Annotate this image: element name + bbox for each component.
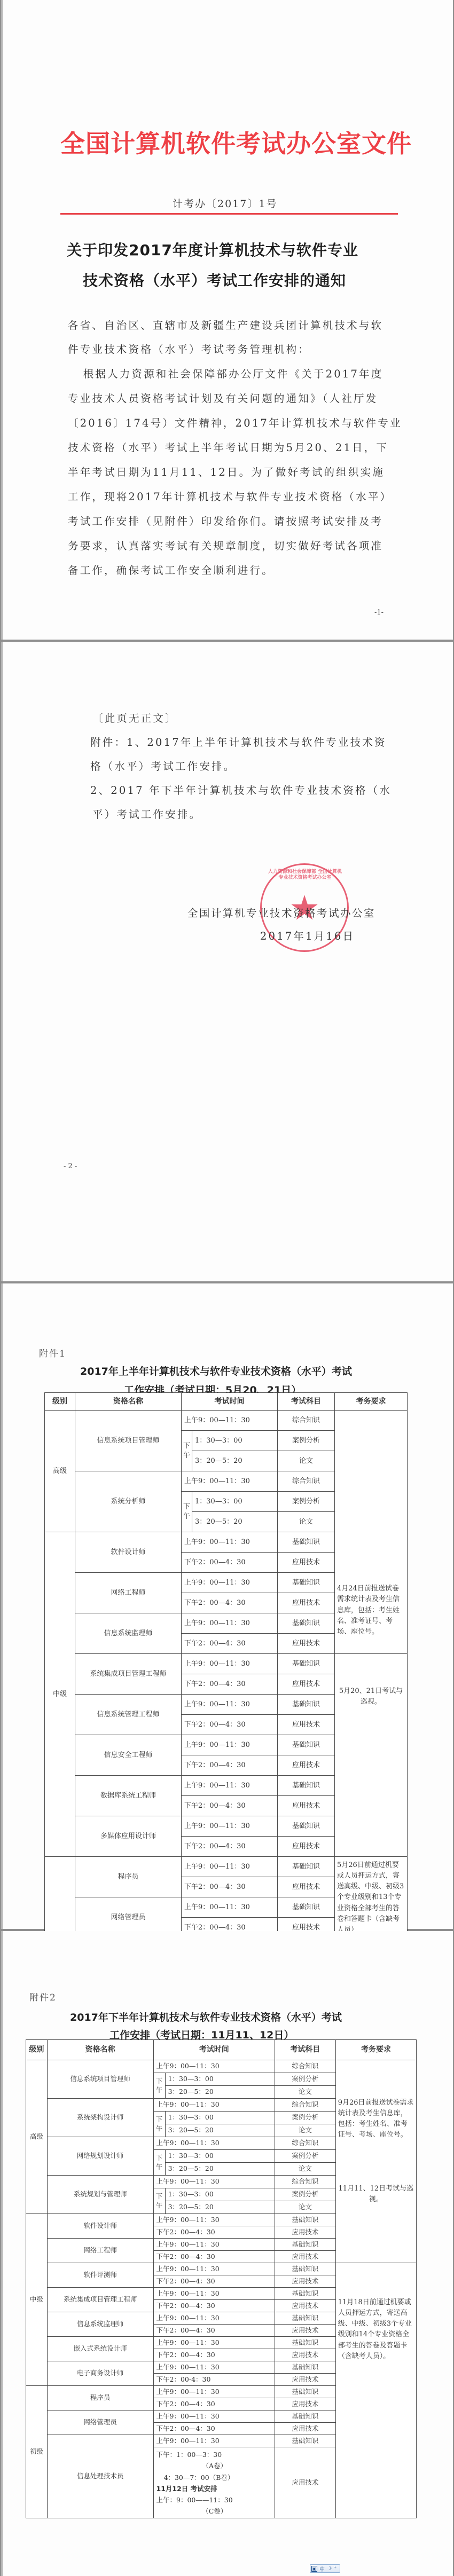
time-cell: 上午9：00—11：30 bbox=[182, 1573, 278, 1593]
subject-cell: 应用技术 bbox=[275, 2226, 335, 2239]
requirement-text: 9月26日前报送试卷需求统计表及考生信息库，包括：考生姓名、准考证号、考场、座位… bbox=[338, 2098, 414, 2141]
time-cell: 上午9：00—11：30 bbox=[182, 1532, 278, 1553]
time-cell: 上午9：00—11：30 bbox=[153, 2410, 275, 2423]
subject-cell: 基础知识 bbox=[278, 1735, 335, 1755]
time-cell: 下午2：00—4：30 bbox=[182, 1796, 278, 1816]
time-cell: 上午9：00—11：30 bbox=[153, 2337, 275, 2349]
time-cell: 下午2：00—4：30 bbox=[182, 1755, 278, 1776]
requirement-text: 5月26日前通过机要或人员押运方式，寄送高级、中级、初级3个专业级别和13个专业… bbox=[337, 1860, 405, 1935]
header-requirements: 考务要求 bbox=[335, 1393, 408, 1411]
time-cell: 上午9：00—11：30 bbox=[182, 1471, 278, 1492]
body-line: 各省、自治区、直辖市及新疆生产建设兵团计算机技术与软 bbox=[68, 317, 383, 332]
pm-label: 午 bbox=[156, 2163, 163, 2171]
subject-cell: 案例分析 bbox=[275, 2112, 335, 2124]
body-line: 工作，现将2017年计算机技术与软件专业技术资格（水平） bbox=[68, 489, 392, 503]
page-4-attachment-2: 附件2 2017年下半年计算机技术与软件专业技术资格（水平）考试 工作安排（考试… bbox=[1, 1931, 453, 2576]
header-subject: 考试科目 bbox=[275, 2040, 335, 2060]
time-cell: 1：30—3：00 bbox=[192, 1431, 278, 1451]
header-level: 级别 bbox=[45, 1393, 75, 1411]
document-subject-line-2: 技术资格（水平）考试工作安排的通知 bbox=[83, 269, 346, 290]
page-number: -1- bbox=[374, 609, 383, 617]
time-cell: 下午2：00—4：30 bbox=[153, 2325, 275, 2337]
time-cell: 3：20—5：20 bbox=[165, 2201, 275, 2214]
subject-cell: 案例分析 bbox=[275, 2150, 335, 2163]
time-cell: 3：20—5：20 bbox=[192, 1451, 278, 1471]
day2-heading: 11月12日 考试安排 bbox=[156, 2483, 273, 2494]
subject-cell: 基础知识 bbox=[278, 1695, 335, 1715]
red-divider-rule bbox=[60, 213, 398, 215]
subject-cell: 论文 bbox=[278, 1512, 335, 1532]
time-cell: 上午9：00—11：30 bbox=[153, 2263, 275, 2275]
pm-label: 午 bbox=[156, 2124, 163, 2132]
time-cell: 上午9：00—11：30 bbox=[153, 2312, 275, 2325]
time-line: 上午：9：00——11：30 bbox=[156, 2494, 273, 2506]
header-qualification: 资格名称 bbox=[75, 1393, 182, 1411]
pm-label-cell: 下午 bbox=[153, 2188, 165, 2214]
time-cell: 上午9：00—11：30 bbox=[182, 1816, 278, 1837]
subject-cell: 案例分析 bbox=[278, 1492, 335, 1512]
qualification-cell: 系统架构设计师 bbox=[47, 2099, 153, 2137]
subject-cell: 应用技术 bbox=[275, 2398, 335, 2410]
time-cell: 上午9：00—11：30 bbox=[153, 2060, 275, 2073]
time-cell: 下午2：00—4：30 bbox=[182, 1837, 278, 1857]
time-cell: 1：30—3：00 bbox=[165, 2150, 275, 2163]
subject-cell: 论文 bbox=[275, 2086, 335, 2099]
subject-cell: 基础知识 bbox=[275, 2337, 335, 2349]
table-row: 高级 信息系统项目管理师 上午9：00—11：30 综合知识 4月24日前报送试… bbox=[45, 1411, 408, 1431]
subject-cell: 应用技术 bbox=[278, 1593, 335, 1613]
pm-label-cell: 下午 bbox=[182, 1492, 192, 1532]
subject-cell: 基础知识 bbox=[275, 2239, 335, 2251]
time-cell: 下午2：00-4：30 bbox=[153, 2374, 275, 2386]
header-exam-time: 考试时间 bbox=[182, 1393, 278, 1411]
qualification-cell: 网络规划设计师 bbox=[47, 2137, 153, 2176]
subject-cell: 基础知识 bbox=[278, 1532, 335, 1553]
time-cell: 下午2：00—4：30 bbox=[182, 1715, 278, 1735]
subject-cell: 基础知识 bbox=[278, 1857, 335, 1877]
subject-cell: 基础知识 bbox=[278, 1776, 335, 1796]
table-row: 高级 信息系统项目管理师 上午9：00—11：30 综合知识 9月26日前报送试… bbox=[26, 2060, 417, 2073]
seal-ring-text: 人力资源和社会保障部 全国计算机专业技术资格考试办公室 bbox=[266, 869, 344, 881]
qualification-cell: 系统集成项目管理工程师 bbox=[75, 1654, 182, 1695]
time-cell: 1：30—3：00 bbox=[165, 2188, 275, 2201]
subject-cell: 应用技术 bbox=[278, 1755, 335, 1776]
pm-label-cell: 下午 bbox=[153, 2150, 165, 2176]
subject-cell: 论文 bbox=[278, 1451, 335, 1471]
time-cell: 上午9：00—11：30 bbox=[182, 1411, 278, 1431]
time-cell: 上午9：00—11：30 bbox=[182, 1654, 278, 1674]
qualification-cell: 信息处理技术员 bbox=[47, 2435, 153, 2518]
qualification-cell: 网络工程师 bbox=[47, 2239, 153, 2263]
requirement-text: 5月20、21日考试与巡视。 bbox=[337, 1686, 405, 1707]
subject-cell: 应用技术 bbox=[278, 1837, 335, 1857]
document-number: 计考办〔2017〕1号 bbox=[173, 196, 277, 210]
pm-label: 午 bbox=[156, 2201, 163, 2209]
time-cell: 上午9：00—11：30 bbox=[153, 2435, 275, 2447]
subject-cell: 基础知识 bbox=[278, 1816, 335, 1837]
qualification-cell: 信息安全工程师 bbox=[75, 1735, 182, 1776]
table-header-row: 级别 资格名称 考试时间 考试科目 考务要求 bbox=[45, 1393, 408, 1411]
subject-cell: 应用技术 bbox=[278, 1796, 335, 1816]
requirements-cell: 11月18日前通过机要或人员押运方式，寄送高级、中级、初级3个专业级别和14个专… bbox=[335, 2263, 416, 2518]
subject-cell: 应用技术 bbox=[278, 1674, 335, 1695]
attachment-label: 附件2 bbox=[29, 1990, 57, 2003]
qualification-cell: 系统分析师 bbox=[75, 1471, 182, 1532]
qualification-cell: 嵌入式系统设计师 bbox=[47, 2337, 153, 2361]
time-cell: 3：20—5：20 bbox=[165, 2124, 275, 2137]
subject-cell: 应用技术 bbox=[275, 2447, 335, 2518]
requirements-cell: 9月26日前报送试卷需求统计表及考生信息库，包括：考生姓名、准考证号、考场、座位… bbox=[335, 2060, 416, 2263]
time-cell: 下午2：00—4：30 bbox=[153, 2226, 275, 2239]
subject-cell: 应用技术 bbox=[275, 2300, 335, 2312]
attachment-title-line-1: 2017年下半年计算机技术与软件专业技术资格（水平）考试 bbox=[70, 2010, 342, 2024]
body-line: 技术资格（水平）考试上半年考试日期为5月20、21日，下 bbox=[68, 439, 388, 454]
qualification-cell: 程序员 bbox=[47, 2386, 153, 2410]
attachment-list-line: 格（水平）考试工作安排。 bbox=[90, 758, 236, 773]
time-cell: 1：30—3：00 bbox=[165, 2073, 275, 2086]
requirements-cell: 4月24日前报送试卷需求统计表及考生信息库，包括：考生姓名、准考证号、考场、座位… bbox=[335, 1411, 408, 1654]
body-line: 务要求，认真落实考试有关规章制度，切实做好考试各项准 bbox=[68, 538, 383, 553]
body-line: 根据人力资源和社会保障部办公厅文件《关于2017年度 bbox=[71, 366, 383, 381]
attachment-list-line: 附件：1、2017年上半年计算机技术与软件专业技术资 bbox=[90, 734, 387, 749]
subject-cell: 基础知识 bbox=[275, 2312, 335, 2325]
body-line: 半年考试日期为11月11、12日。为了做好考试的组织实施 bbox=[68, 464, 385, 479]
time-cell: 下午2：00—4：30 bbox=[153, 2398, 275, 2410]
pm-label: 下 bbox=[156, 2192, 163, 2200]
document-subject-line-1: 关于印发2017年度计算机技术与软件专业 bbox=[67, 239, 358, 260]
level-cell: 高级 bbox=[45, 1411, 75, 1532]
pm-label: 下 bbox=[183, 1442, 190, 1450]
qualification-cell: 多媒体应用设计师 bbox=[75, 1816, 182, 1857]
document-header-title: 全国计算机软件考试办公室文件 bbox=[60, 124, 412, 160]
page-number: - 2 - bbox=[64, 1162, 77, 1170]
time-cell: 下午2：00—4：30 bbox=[153, 2349, 275, 2361]
subject-cell: 应用技术 bbox=[275, 2325, 335, 2337]
subject-cell: 应用技术 bbox=[278, 1634, 335, 1654]
subject-cell: 基础知识 bbox=[275, 2214, 335, 2226]
pm-label-cell: 下午 bbox=[153, 2112, 165, 2137]
subject-cell: 基础知识 bbox=[278, 1573, 335, 1593]
moon-icon[interactable]: ☽ bbox=[327, 2566, 332, 2572]
subject-cell: 应用技术 bbox=[278, 1877, 335, 1897]
attachment-title-line-1: 2017年上半年计算机技术与软件专业技术资格（水平）考试 bbox=[80, 1364, 352, 1378]
signature-organization: 全国计算机专业技术资格考试办公室 bbox=[187, 905, 375, 920]
requirement-text: 4月24日前报送试卷需求统计表及考生信息库，包括：考生姓名、准考证号、考场、座位… bbox=[337, 1584, 405, 1637]
time-line: （C卷） bbox=[156, 2506, 273, 2517]
header-qualification: 资格名称 bbox=[47, 2040, 153, 2060]
subject-cell: 基础知识 bbox=[275, 2361, 335, 2374]
pm-label: 下 bbox=[156, 2077, 163, 2085]
time-cell: 上午9：00—11：30 bbox=[182, 1695, 278, 1715]
qualification-cell: 信息系统项目管理师 bbox=[75, 1411, 182, 1471]
subject-cell: 案例分析 bbox=[278, 1431, 335, 1451]
attachment-list-line: 平）考试工作安排。 bbox=[92, 806, 201, 821]
pm-label: 下 bbox=[183, 1503, 190, 1511]
qualification-cell: 信息系统项目管理师 bbox=[47, 2060, 153, 2099]
subject-cell: 基础知识 bbox=[275, 2288, 335, 2300]
qualification-cell: 系统规划与管理师 bbox=[47, 2176, 153, 2214]
time-cell: 下午2：00—4：30 bbox=[182, 1877, 278, 1897]
time-cell: 3：20—5：20 bbox=[165, 2163, 275, 2176]
time-cell: 3：20—5：20 bbox=[192, 1512, 278, 1532]
subject-cell: 论文 bbox=[275, 2201, 335, 2214]
subject-cell: 应用技术 bbox=[278, 1553, 335, 1573]
time-cell: 上午9：00—11：30 bbox=[182, 1613, 278, 1634]
subject-cell: 基础知识 bbox=[278, 1613, 335, 1634]
subject-cell: 应用技术 bbox=[278, 1715, 335, 1735]
table-header-row: 级别 资格名称 考试时间 考试科目 考务要求 bbox=[26, 2040, 417, 2060]
qualification-cell: 软件设计师 bbox=[47, 2214, 153, 2239]
time-cell: 下午2：00—4：30 bbox=[182, 1593, 278, 1613]
body-line: 件专业技术资格（水平）考试考务管理机构： bbox=[68, 341, 310, 356]
header-exam-time: 考试时间 bbox=[153, 2040, 275, 2060]
time-cell: 上午9：00—11：30 bbox=[153, 2099, 275, 2112]
time-cell: 上午9：00—11：30 bbox=[153, 2137, 275, 2150]
attachment-list-line: 2、2017 年下半年计算机技术与软件专业技术资格（水 bbox=[90, 782, 392, 797]
pm-label-cell: 下午 bbox=[182, 1431, 192, 1471]
ime-logo-icon[interactable]: ▣ bbox=[311, 2566, 317, 2572]
subject-cell: 案例分析 bbox=[275, 2188, 335, 2201]
punctuation-icon[interactable]: ⁺ bbox=[334, 2566, 336, 2572]
exam-schedule-table: 级别 资格名称 考试时间 考试科目 考务要求 高级 信息系统项目管理师 上午9：… bbox=[26, 2039, 417, 2518]
body-line: 备工作，确保考试工作安全顺利进行。 bbox=[68, 562, 274, 577]
time-cell: 下午2：00—4：30 bbox=[153, 2251, 275, 2263]
subject-cell: 基础知识 bbox=[275, 2410, 335, 2423]
pm-label: 午 bbox=[183, 1452, 190, 1460]
level-cell: 中级 bbox=[45, 1532, 75, 1857]
subject-cell: 综合知识 bbox=[275, 2060, 335, 2073]
subject-cell: 基础知识 bbox=[275, 2386, 335, 2398]
ime-toolbar[interactable]: ▣ 中 ☽ ⁺ bbox=[310, 2564, 340, 2573]
subject-cell: 应用技术 bbox=[275, 2374, 335, 2386]
qualification-cell: 软件评测师 bbox=[47, 2263, 153, 2288]
subject-cell: 综合知识 bbox=[278, 1471, 335, 1492]
time-cell: 上午9：00—11：30 bbox=[182, 1857, 278, 1877]
time-cell: 1：30—3：00 bbox=[165, 2112, 275, 2124]
pm-label: 午 bbox=[183, 1512, 190, 1521]
qualification-cell: 信息系统监理师 bbox=[47, 2312, 153, 2337]
table-row: 系统集成项目管理工程师 上午9：00—11：30 基础知识 5月20、21日考试… bbox=[45, 1654, 408, 1674]
qualification-cell: 数据库系统工程师 bbox=[75, 1776, 182, 1816]
time-cell: 上午9：00—11：30 bbox=[182, 1897, 278, 1918]
time-cell: 上午9：00—11：30 bbox=[153, 2239, 275, 2251]
time-cell: 上午9：00—11：30 bbox=[153, 2361, 275, 2374]
header-level: 级别 bbox=[26, 2040, 48, 2060]
page-1: 全国计算机软件考试办公室文件 计考办〔2017〕1号 关于印发2017年度计算机… bbox=[1, 0, 453, 640]
subject-cell: 论文 bbox=[275, 2124, 335, 2137]
qualification-cell: 系统集成项目管理工程师 bbox=[47, 2288, 153, 2312]
time-cell: 上午9：00—11：30 bbox=[153, 2386, 275, 2398]
subject-cell: 论文 bbox=[275, 2163, 335, 2176]
time-cell: 上午9：00—11：30 bbox=[153, 2288, 275, 2300]
subject-cell: 应用技术 bbox=[275, 2423, 335, 2435]
subject-cell: 基础知识 bbox=[275, 2435, 335, 2447]
body-line: 〔2016〕174号）文件精神，2017年计算机技术与软件专业 bbox=[68, 415, 402, 430]
requirement-text: 11月18日前通过机要或人员押运方式，寄送高级、中级、初级3个专业级别和14个专… bbox=[338, 2297, 414, 2362]
subject-cell: 案例分析 bbox=[275, 2073, 335, 2086]
subject-cell: 综合知识 bbox=[275, 2099, 335, 2112]
time-cell: 下午2：00—4：30 bbox=[182, 1634, 278, 1654]
subject-cell: 基础知识 bbox=[278, 1654, 335, 1674]
subject-cell: 应用技术 bbox=[275, 2349, 335, 2361]
header-subject: 考试科目 bbox=[278, 1393, 335, 1411]
ime-mode-toggle[interactable]: 中 bbox=[319, 2565, 325, 2573]
qualification-cell: 电子商务设计师 bbox=[47, 2361, 153, 2386]
body-line: 专业技术人员资格考试计划及有关问题的通知》（人社厅发 bbox=[68, 390, 378, 405]
subject-cell: 基础知识 bbox=[278, 1897, 335, 1918]
time-cell: 上午9：00—11：30 bbox=[182, 1776, 278, 1796]
time-cell: 上午9：00—11：30 bbox=[153, 2176, 275, 2188]
time-line: 下午：1：00—3：30 bbox=[156, 2449, 273, 2460]
signature-date: 2017年1月16日 bbox=[260, 928, 355, 943]
qualification-cell: 信息系统管理工程师 bbox=[75, 1695, 182, 1735]
time-cell: 下午2：00—4：30 bbox=[153, 2423, 275, 2435]
attachment-label: 附件1 bbox=[39, 1346, 66, 1359]
time-cell: 下午2：00—4：30 bbox=[182, 1553, 278, 1573]
time-line: （A卷） bbox=[156, 2460, 273, 2471]
subject-cell: 应用技术 bbox=[275, 2275, 335, 2288]
subject-cell: 基础知识 bbox=[275, 2263, 335, 2275]
page-2: 〔此页无正文〕 附件：1、2017年上半年计算机技术与软件专业技术资 格（水平）… bbox=[1, 642, 453, 1281]
time-cell: 3：20—5：20 bbox=[165, 2086, 275, 2099]
subject-cell: 综合知识 bbox=[275, 2137, 335, 2150]
no-text-note: 〔此页无正文〕 bbox=[92, 710, 177, 725]
requirements-cell: 5月20、21日考试与巡视。 bbox=[335, 1654, 408, 1857]
qualification-cell: 网络工程师 bbox=[75, 1573, 182, 1613]
table-row: 初级 程序员 上午9：00—11：30 基础知识 5月26日前通过机要或人员押运… bbox=[45, 1857, 408, 1877]
subject-cell: 应用技术 bbox=[275, 2251, 335, 2263]
pm-label: 下 bbox=[156, 2154, 163, 2162]
time-cell: 1：30—3：00 bbox=[192, 1492, 278, 1512]
subject-cell: 综合知识 bbox=[275, 2176, 335, 2188]
time-line: 4：30—7：00（B卷） bbox=[156, 2472, 273, 2483]
qualification-cell: 信息系统监理师 bbox=[75, 1613, 182, 1654]
level-cell: 高级 bbox=[26, 2060, 48, 2214]
level-cell: 初级 bbox=[26, 2386, 48, 2518]
page-3-attachment-1: 附件1 2017年上半年计算机技术与软件专业技术资格（水平）考试 工作安排（考试… bbox=[1, 1283, 453, 1929]
level-cell: 中级 bbox=[26, 2214, 48, 2386]
table-row: 软件评测师 上午9：00—11：30 基础知识 11月18日前通过机要或人员押运… bbox=[26, 2263, 417, 2275]
header-requirements: 考务要求 bbox=[335, 2040, 416, 2060]
qualification-cell: 网络管理员 bbox=[47, 2410, 153, 2435]
time-cell: 下午：1：00—3：30 （A卷） 4：30—7：00（B卷） 11月12日 考… bbox=[153, 2447, 275, 2518]
body-line: 考试工作安排（见附件）印发给你们。请按照考试安排及考 bbox=[68, 513, 383, 528]
pm-label: 午 bbox=[156, 2086, 163, 2094]
time-cell: 下午2：00—4：30 bbox=[153, 2275, 275, 2288]
qualification-cell: 软件设计师 bbox=[75, 1532, 182, 1573]
pm-label-cell: 下午 bbox=[153, 2073, 165, 2099]
time-cell: 上午9：00—11：30 bbox=[153, 2214, 275, 2226]
requirement-text: 11月11、12日考试与巡视。 bbox=[338, 2184, 414, 2205]
time-cell: 上午9：00—11：30 bbox=[182, 1735, 278, 1755]
time-cell: 下午2：00—4：30 bbox=[153, 2300, 275, 2312]
qualification-cell: 程序员 bbox=[75, 1857, 182, 1897]
subject-cell: 综合知识 bbox=[278, 1411, 335, 1431]
time-cell: 下午2：00—4：30 bbox=[182, 1674, 278, 1695]
pm-label: 下 bbox=[156, 2115, 163, 2123]
